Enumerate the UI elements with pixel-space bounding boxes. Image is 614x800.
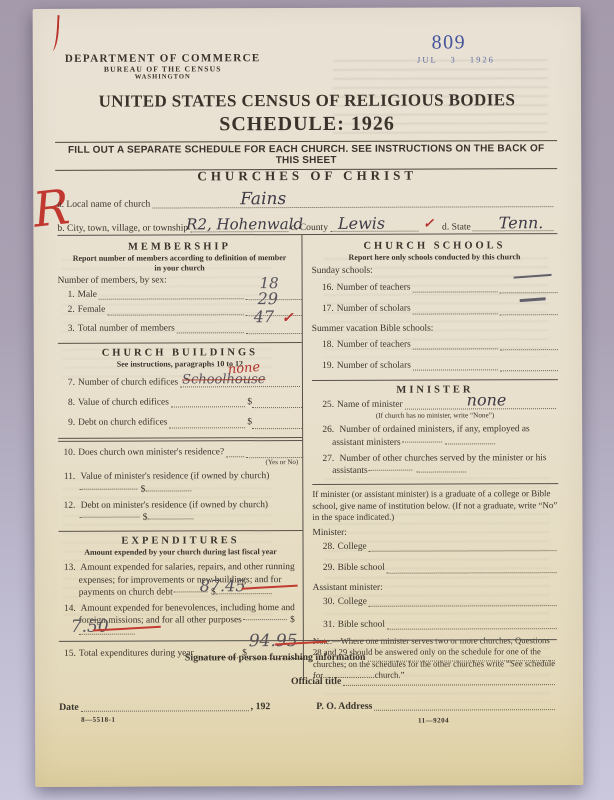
answer-line xyxy=(387,571,557,574)
red-correction-none: none xyxy=(227,360,261,378)
agency-block: DEPARTMENT OF COMMERCE BUREAU OF THE CEN… xyxy=(65,52,261,82)
local-name-row: a. Local name of church Fains xyxy=(57,197,555,210)
official-title-row: Official title xyxy=(59,675,557,688)
item-number: 12. xyxy=(58,500,75,512)
dotted-leader xyxy=(413,312,498,314)
state-label: d. State xyxy=(442,221,471,232)
red-check-county: ✓ xyxy=(423,217,434,232)
item-number: 7. xyxy=(58,378,75,389)
answer-line xyxy=(145,489,191,491)
stamp-date: JUL 3 1926 xyxy=(417,54,495,64)
date-label: Date xyxy=(59,702,79,713)
item-label: Female xyxy=(78,305,106,316)
dotted-leader xyxy=(226,456,244,458)
dotted-leader xyxy=(177,331,244,333)
item-number: 27. xyxy=(312,453,334,465)
signature-line xyxy=(367,659,554,662)
item-label: Bible school xyxy=(338,563,385,574)
item-number: 1. xyxy=(58,290,75,301)
po-address-label: P. O. Address xyxy=(316,701,372,712)
item-number: 9. xyxy=(58,418,75,429)
item-number: 19. xyxy=(312,361,334,372)
answer-line: Schoolhouse none xyxy=(180,385,300,387)
answer-line xyxy=(252,418,302,429)
dotted-leader xyxy=(413,347,498,349)
item-number: 28. xyxy=(313,542,335,553)
sunday-schools-label: Sunday schools: xyxy=(312,265,558,276)
date-po-row: Date , 192 P. O. Address 8—5518-1 11—920… xyxy=(59,700,557,713)
item-3-total: 3. Total number of members 47 ✓ xyxy=(58,323,302,335)
dotted-leader xyxy=(243,618,287,620)
answer-line xyxy=(369,549,557,552)
membership-subheading: Report number of members according to de… xyxy=(69,253,289,274)
item-label: Total number of members xyxy=(78,323,175,335)
location-row: b. City, town, village, or township R2, … xyxy=(57,221,555,234)
answer-line: none xyxy=(405,408,556,411)
minister-heading: MINISTER xyxy=(312,384,558,396)
item-7-edifices: 7. Number of church edifices Schoolhouse… xyxy=(58,377,302,389)
signature-row: Signature of person furnishing informati… xyxy=(59,651,557,664)
stamp-number: 809 xyxy=(403,31,495,54)
form-code-right: 11—9204 xyxy=(418,717,449,725)
po-address-line xyxy=(374,708,555,711)
answer-line: 87.45 xyxy=(216,592,272,594)
membership-heading: MEMBERSHIP xyxy=(57,241,301,253)
item-number: 13. xyxy=(59,562,76,574)
item-label: Male xyxy=(78,290,97,301)
answer-line xyxy=(500,339,558,350)
summer-schools-label: Summer vacation Bible schools: xyxy=(312,323,558,334)
department-name: DEPARTMENT OF COMMERCE xyxy=(65,52,261,65)
item-17-scholars: 17. Number of scholars xyxy=(312,303,558,315)
item-label: Does church own minister's residence? xyxy=(78,447,224,459)
year-suffix: , 192 xyxy=(251,701,271,712)
graduate-instructions: If minister (or assistant minister) is a… xyxy=(312,488,558,524)
dotted-leader xyxy=(107,313,243,315)
official-title-label: Official title xyxy=(291,676,341,687)
item-29-bible-school: 29. Bible school xyxy=(313,562,559,574)
yes-or-no-note: (Yes or No) xyxy=(265,458,298,467)
item-number: 11. xyxy=(58,471,75,483)
salaries-amount: 87.45 xyxy=(220,576,246,597)
item-label: Name of minister xyxy=(337,400,403,412)
item-number: 16. xyxy=(312,283,334,294)
dotted-leader xyxy=(99,298,244,301)
item-9-debt: 9. Debt on church edifices $ xyxy=(58,417,302,429)
female-count: 29 xyxy=(258,289,278,308)
form-titles: UNITED STATES CENSUS OF RELIGIOUS BODIES… xyxy=(33,91,581,136)
item-label: College xyxy=(338,542,367,553)
city-name: WASHINGTON xyxy=(65,74,261,82)
dotted-leader xyxy=(79,516,139,518)
dotted-leader xyxy=(413,291,498,293)
answer-line xyxy=(416,471,466,473)
item-number: 10. xyxy=(58,448,75,459)
item-number: 8. xyxy=(58,398,75,409)
answer-line xyxy=(500,304,558,315)
dotted-leader xyxy=(369,469,413,471)
item-8-value: 8. Value of church edifices $ xyxy=(58,397,302,409)
city-label: b. City, town, village, or township xyxy=(57,222,188,233)
item-label: Bible school xyxy=(338,620,385,631)
form-body-columns: MEMBERSHIP Report number of members acco… xyxy=(57,233,559,682)
item-19-scholars: 19. Number of scholars xyxy=(312,360,558,372)
item-label: College xyxy=(338,596,367,607)
form-title: UNITED STATES CENSUS OF RELIGIOUS BODIES xyxy=(33,91,581,112)
local-name-label: a. Local name of church xyxy=(57,199,150,210)
item-label: Debt on minister's residence (if owned b… xyxy=(81,500,268,511)
state-answer-line: Tenn. xyxy=(473,229,554,231)
city-answer-line: R2, Hohenwald xyxy=(190,230,289,232)
answer-line xyxy=(500,282,558,293)
item-11-residence-value: 11. Value of minister's residence (if ow… xyxy=(58,470,302,495)
item-25-minister-name: 25. Name of minister none xyxy=(312,399,558,411)
footer-block: Signature of person furnishing informati… xyxy=(59,639,557,713)
local-name-value: Fains xyxy=(240,189,286,209)
item-28-college: 28. College xyxy=(313,541,559,553)
answer-line xyxy=(500,360,558,371)
form-subtitle: SCHEDULE: 1926 xyxy=(33,112,581,136)
dotted-leader xyxy=(79,487,137,489)
answer-line: 47 ✓ xyxy=(246,323,302,334)
official-title-line xyxy=(343,683,555,686)
horizontal-rule xyxy=(312,379,558,381)
item-26-ordained: 26. Number of ordained ministers, if any… xyxy=(312,424,558,449)
item-label: Number of ordained ministers, if any, em… xyxy=(332,425,530,448)
item-number: 29. xyxy=(313,563,335,574)
horizontal-rule xyxy=(312,483,558,485)
answer-line xyxy=(369,604,557,607)
state-value: Tenn. xyxy=(499,213,544,232)
item-27-other-churches: 27. Number of other churches served by t… xyxy=(312,452,558,477)
received-stamp: 809 JUL 3 1926 xyxy=(403,31,495,64)
item-16-teachers: 16. Number of teachers xyxy=(312,282,558,294)
item-label: Debt on church edifices xyxy=(78,418,167,430)
banner-text: FILL OUT A SEPARATE SCHEDULE FOR EACH CH… xyxy=(55,143,557,167)
minister-none-note: (If church has no minister, write “None”… xyxy=(312,412,558,421)
answer-line xyxy=(147,518,193,520)
minister-name-value: none xyxy=(467,391,507,410)
item-10-own-residence: 10. Does church own minister's residence… xyxy=(58,447,302,459)
item-number: 18. xyxy=(312,339,334,350)
total-members-count: 47 xyxy=(254,307,274,326)
item-number: 17. xyxy=(312,304,334,315)
dotted-leader xyxy=(171,406,245,408)
expenditures-subheading: Amount expended by your church during la… xyxy=(59,547,303,558)
left-column: MEMBERSHIP Report number of members acco… xyxy=(57,235,303,682)
item-number: 2. xyxy=(58,305,75,316)
item-13-salaries: 13. Amount expended for salaries, repair… xyxy=(59,561,303,599)
church-buildings-heading: CHURCH BUILDINGS xyxy=(58,347,302,359)
answer-line: 7.50 xyxy=(79,633,135,635)
item-number: 14. xyxy=(59,603,76,615)
right-column: CHURCH SCHOOLS Report here only schools … xyxy=(301,234,559,681)
date-line xyxy=(81,709,249,712)
denomination-heading: CHURCHES OF CHRIST xyxy=(33,167,581,185)
item-label: Number of teachers xyxy=(337,283,411,295)
item-number: 26. xyxy=(312,424,334,436)
dotted-leader xyxy=(169,426,245,428)
double-rule xyxy=(58,437,302,442)
answer-line xyxy=(246,447,302,458)
county-value: Lewis xyxy=(338,214,385,233)
form-code-left: 8—5518-1 xyxy=(81,716,115,724)
item-18-teachers: 18. Number of teachers xyxy=(312,339,558,351)
item-label: Amount expended for benevolences, includ… xyxy=(79,603,295,626)
item-12-residence-debt: 12. Debt on minister's residence (if own… xyxy=(58,499,302,524)
item-31-bible-school: 31. Bible school xyxy=(313,619,559,631)
item-label: Number of scholars xyxy=(337,304,411,316)
answer-line xyxy=(445,442,495,444)
scanned-census-form: R DEPARTMENT OF COMMERCE BUREAU OF THE C… xyxy=(33,7,584,787)
dotted-leader xyxy=(402,440,442,442)
banner-rule: FILL OUT A SEPARATE SCHEDULE FOR EACH CH… xyxy=(55,140,557,171)
item-number: 31. xyxy=(313,620,335,631)
horizontal-rule xyxy=(58,530,302,532)
local-name-answer-line: Fains xyxy=(152,205,553,208)
item-number: 25. xyxy=(312,400,334,411)
horizontal-rule xyxy=(58,342,302,344)
dollar-sign: $ xyxy=(290,615,295,625)
red-pen-stroke xyxy=(50,15,60,51)
church-schools-subheading: Report here only schools conducted by th… xyxy=(311,252,557,263)
item-label: Number of scholars xyxy=(337,360,411,372)
item-label: Number of church edifices xyxy=(78,377,178,389)
answer-line xyxy=(387,627,557,630)
city-value: R2, Hohenwald xyxy=(186,215,303,233)
church-schools-heading: CHURCH SCHOOLS xyxy=(311,240,557,252)
signature-label: Signature of person furnishing informati… xyxy=(185,652,366,664)
red-check-total: ✓ xyxy=(282,310,294,327)
church-buildings-subheading: See instructions, paragraphs 10 to 12 xyxy=(58,359,302,370)
benevolences-amount: 7.50 xyxy=(91,616,109,638)
item-number: 30. xyxy=(313,596,335,607)
item-30-college: 30. College xyxy=(313,596,559,608)
dotted-leader xyxy=(413,368,498,370)
answer-line xyxy=(252,397,302,408)
minister-label: Minister: xyxy=(312,527,558,538)
item-label: Value of minister's residence (if owned … xyxy=(80,472,269,483)
county-answer-line: Lewis ✓ xyxy=(330,230,418,232)
assistant-minister-label: Assistant minister: xyxy=(313,582,559,593)
expenditures-heading: EXPENDITURES xyxy=(58,535,302,547)
item-number: 3. xyxy=(58,323,75,334)
item-label: Number of teachers xyxy=(337,339,411,351)
pencil-dash-mark xyxy=(520,297,546,301)
item-label: Value of church edifices xyxy=(78,398,169,410)
